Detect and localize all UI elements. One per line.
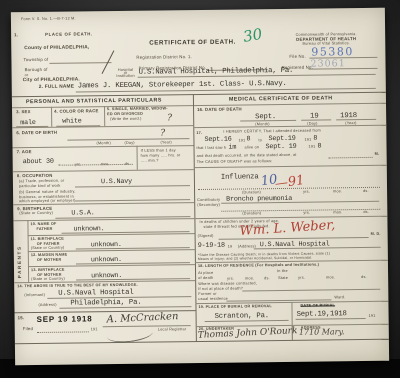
form-number: Form V. S. No. 1.—B-7-12 M. [21, 17, 76, 22]
res-yrs-1: yrs. [227, 277, 234, 281]
duration-mos-2: mos. [333, 210, 342, 214]
burial-place-label: 19. PLACE OF BURIAL OR REMOVAL [198, 304, 271, 309]
local-registrar-label: Local Registrar [158, 327, 187, 331]
marital-label-3: (Write the word.) [110, 117, 141, 121]
last-year-digit: 8 [317, 143, 321, 151]
birthplace-sub-label: (State or Country) [19, 211, 53, 215]
city-label: City of PHILADELPHIA. [23, 77, 80, 83]
res-yrs-2: yrs. [298, 276, 305, 280]
burial-191-label: 191 [369, 314, 376, 318]
secondary-label: (Secondary) [197, 202, 220, 206]
alive-on-label: alive on [245, 145, 260, 149]
institution-word: Institution [115, 74, 137, 78]
rule-line [193, 125, 386, 128]
res-at-place: At place [198, 271, 213, 275]
rule-line [75, 185, 190, 187]
rule-line [296, 318, 366, 319]
rule-line [194, 215, 387, 218]
dob-label: 6. DATE OF BIRTH [16, 130, 57, 135]
res-of-death: of death [198, 276, 213, 280]
dod-label: 16. DATE OF DEATH [197, 106, 242, 112]
res-ds-2: ds. [361, 275, 367, 279]
father-name-label2: FATHER [36, 226, 52, 230]
cause-value: Influenza [221, 173, 259, 181]
signed-label: (Signed) [198, 234, 214, 238]
res-if-not: If not at place of death? [198, 286, 243, 291]
rule-line [194, 165, 387, 168]
duration-yrs-1: yrs. [303, 190, 310, 194]
rule-line [13, 169, 194, 172]
last-saw-him: im [228, 144, 236, 152]
res-state: State [278, 276, 288, 280]
registrar-signature: A. McCracken [106, 311, 178, 325]
to-191-label: 191 [304, 138, 311, 142]
dotted-line [37, 331, 89, 333]
commonwealth-block: Commonwealth of Pennsylvania. DEPARTMENT… [274, 32, 378, 46]
cell-divider [51, 107, 52, 127]
dotted-line [329, 157, 373, 159]
from-191-label: 191 [238, 138, 245, 142]
informant-label: (Informant) [24, 293, 45, 297]
occupation-label: 8. OCCUPATION [17, 173, 53, 178]
file-no-label: File No. [289, 54, 305, 59]
place-of-death-label: PLACE OF DEATH. [45, 31, 93, 37]
rule-line [242, 289, 380, 291]
hospital-or-institution-label: Hospital or Institution [115, 68, 137, 78]
mother-bp-label3: (State or Country) [31, 277, 65, 281]
res-where-contracted: Where was disease contracted, [198, 281, 257, 286]
filed-date-stamp: SEP 19 1918 [37, 314, 93, 324]
sig-19-label: 19 [228, 245, 233, 249]
to-label: to [258, 138, 262, 142]
age-less-line3: ..... min.? [141, 159, 159, 163]
age-value: about 30 [23, 158, 54, 166]
left-column-title: PERSONAL AND STATISTICAL PARTICULARS [26, 97, 162, 105]
death-certificate-document: Form V. S. No. 1.—B-7-12 M. 1. PLACE OF … [11, 8, 389, 366]
dod-day-label: (Day) [307, 121, 317, 125]
marital-value-handwritten: ? [167, 113, 172, 123]
section-14-label: 14. THE ABOVE IS TRUE TO THE BEST OF MY … [17, 283, 138, 288]
county-label: County of PHILADELPHIA, [24, 45, 89, 51]
section-17-number: 17. [196, 131, 202, 135]
sex-label: 3. SEX [16, 109, 31, 114]
section-1-number: 1. [14, 32, 18, 37]
from-year-digit: 8 [246, 135, 250, 143]
res-ds-1: ds. [264, 276, 270, 280]
last-saw-date: Sept. 19 [265, 143, 296, 151]
age-less-line1: If LESS than 1 day [141, 148, 176, 152]
or-label: or [25, 73, 29, 77]
res-ward: Ward. [334, 295, 345, 299]
res-mos-1: mos. [245, 276, 254, 280]
rule-line [75, 199, 190, 201]
race-label: 4. COLOR OR RACE [54, 108, 99, 114]
borough-label: Borough of [25, 67, 48, 72]
dob-month-label: (Month) [96, 141, 111, 145]
right-column-title: MEDICAL CERTIFICATE OF DEATH [229, 95, 333, 102]
to-year-digit: 8 [313, 135, 317, 143]
dob-day-label: (Day) [124, 140, 134, 144]
registration-district-label: Registration District No. 1. [136, 54, 192, 60]
duration-ds-2: ds. [363, 210, 369, 214]
res-in-the: In the [277, 269, 288, 273]
informant-address-label: (Address) [38, 303, 56, 307]
death-occurred-line: and that death occurred, on the date sta… [197, 153, 297, 158]
last-191-label: 191 [308, 145, 315, 149]
rule-line [28, 264, 195, 267]
cell-divider [136, 146, 137, 170]
burial-date-label-struck: DATE OF BURIAL [300, 303, 335, 307]
res-usual: usual residence [198, 297, 228, 301]
signature-date: 9-19-18 [198, 242, 225, 250]
photo-background: Form V. S. No. 1.—B-7-12 M. 1. PLACE OF … [0, 0, 400, 378]
parents-vertical-label: PARENTS [17, 230, 23, 278]
rule-line [205, 320, 289, 322]
res-former: Former or [198, 292, 217, 296]
section-15-number: 15. [18, 315, 25, 320]
case-number-handwritten: 30 [242, 25, 264, 46]
duration-ds-1: ds. [363, 189, 369, 193]
duration-yrs-2: yrs. [303, 211, 310, 215]
dotted-line [59, 164, 133, 166]
undertaker-address-value: 1710 Mary. [299, 327, 345, 337]
marital-label-2: ED OR DIVORCED [107, 111, 143, 115]
age-less-line2: how many ..... hrs. or [141, 153, 181, 157]
duration-label-1: (Duration) [242, 190, 261, 194]
filed-label: Filed [23, 326, 33, 331]
occupation-b3: which employed (or employer) [19, 199, 76, 204]
last-saw-label: that I last saw h [197, 146, 227, 150]
full-name-label: 2. FULL NAME [39, 85, 74, 90]
dob-value-handwritten: ? [160, 128, 165, 138]
race-value: white [62, 117, 82, 125]
age-label: 7. AGE [17, 149, 32, 154]
mother-name-label2: OF MOTHER [37, 257, 62, 261]
certify-line1: I HEREBY CERTIFY, That I attended deceas… [223, 129, 321, 134]
rule-line [254, 247, 381, 249]
cell-divider [104, 106, 105, 126]
township-label: Township of [23, 57, 48, 62]
certificate-title: CERTIFICATE OF DEATH. [149, 39, 236, 47]
residence-title: 18. LENGTH OF RESIDENCE (For Hospitals a… [198, 263, 319, 268]
md-label: M. D. [371, 232, 381, 236]
duration-mos-1: mos. [333, 189, 342, 193]
filed-191-label: 191 [91, 327, 98, 331]
cause-of-death-label: The CAUSE OF DEATH* was as follows: [197, 159, 273, 164]
occupation-a2: particular kind of work [19, 183, 61, 188]
duration-label-2: (Duration) [242, 211, 261, 215]
rule-line [49, 62, 111, 63]
dob-year-label: (Year) [160, 140, 171, 144]
rule-line [13, 218, 194, 221]
rule-line [28, 233, 195, 236]
m-label: M. [375, 152, 380, 156]
res-mos-2: mos. [326, 275, 335, 279]
